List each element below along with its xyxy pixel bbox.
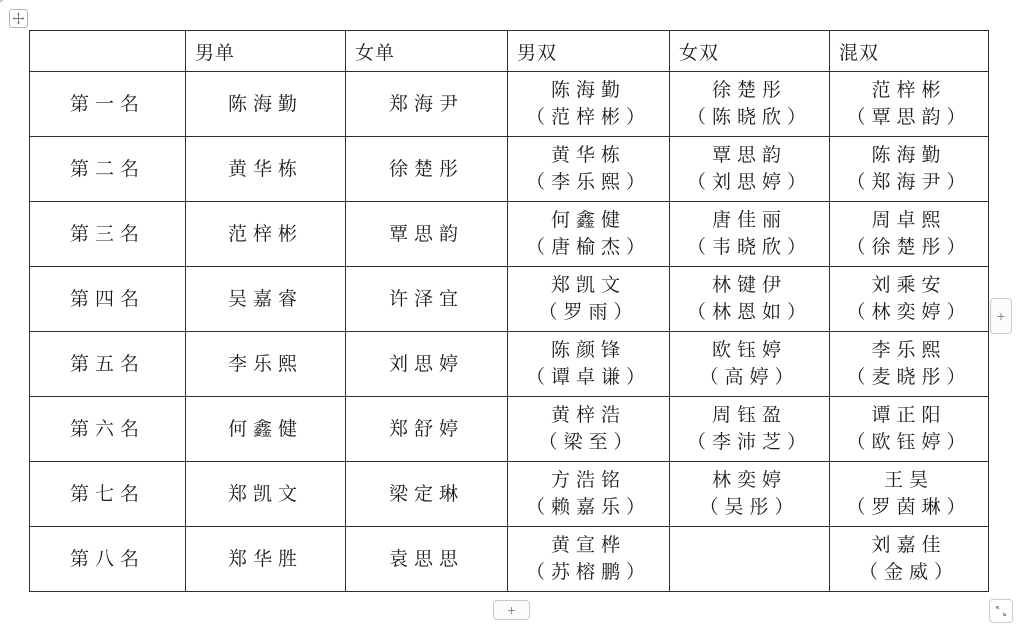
table-cell[interactable]: 陈海勤（范梓彬） (508, 72, 670, 137)
page-corner-mark (0, 0, 6, 4)
cell-line: 覃思韵 (670, 142, 829, 169)
table-header: 男单女单男双女双混双 (30, 31, 989, 72)
cell-line: 李乐熙 (830, 337, 988, 364)
table-cell[interactable]: 周钰盈（李沛芝） (670, 397, 830, 462)
cell-line: （麦晓彤） (830, 364, 988, 391)
table-cell[interactable]: 覃思韵（刘思婷） (670, 137, 830, 202)
table-cell[interactable]: 范梓彬 (186, 202, 346, 267)
cell-line: （徐楚彤） (830, 234, 988, 261)
cell-line: 刘嘉佳 (830, 532, 988, 559)
cell-line: 刘乘安 (830, 272, 988, 299)
cell-line: 林奕婷 (670, 467, 829, 494)
table-cell[interactable]: 郑舒婷 (346, 397, 508, 462)
cell-line: 郑华胜 (186, 546, 345, 573)
table-cell[interactable]: 第五名 (30, 332, 186, 397)
table-cell[interactable]: 谭正阳（欧钰婷） (830, 397, 989, 462)
cell-line: 陈颜锋 (508, 337, 669, 364)
cell-line: 唐佳丽 (670, 207, 829, 234)
table-move-handle[interactable] (9, 9, 28, 28)
cell-line: 李乐熙 (186, 351, 345, 378)
cell-line: 王昊 (830, 467, 988, 494)
cell-line: 袁思思 (346, 546, 507, 573)
table-cell[interactable]: 林键伊（林恩如） (670, 267, 830, 332)
table-body: 第一名陈海勤郑海尹陈海勤（范梓彬）徐楚彤（陈晓欣）范梓彬（覃思韵）第二名黄华栋徐… (30, 72, 989, 592)
table-cell[interactable]: 梁定琳 (346, 462, 508, 527)
cell-line: （李乐熙） (508, 169, 669, 196)
table-cell[interactable]: 吴嘉睿 (186, 267, 346, 332)
table-cell[interactable]: 第七名 (30, 462, 186, 527)
table-cell[interactable]: 郑海尹 (346, 72, 508, 137)
cell-line: 周钰盈 (670, 402, 829, 429)
table-cell[interactable]: 陈颜锋（谭卓谦） (508, 332, 670, 397)
cell-line: 林键伊 (670, 272, 829, 299)
table-resize-handle[interactable] (989, 599, 1013, 623)
cell-line: 谭正阳 (830, 402, 988, 429)
cell-line: 黄梓浩 (508, 402, 669, 429)
table-cell[interactable]: 王昊（罗茵琳） (830, 462, 989, 527)
add-column-button[interactable]: + (990, 298, 1012, 334)
table-cell[interactable]: 第八名 (30, 527, 186, 592)
table-cell[interactable]: 郑凯文（罗雨） (508, 267, 670, 332)
column-header[interactable]: 混双 (830, 31, 989, 72)
table-cell[interactable]: 第六名 (30, 397, 186, 462)
table-cell[interactable]: 刘嘉佳（金威） (830, 527, 989, 592)
table-row: 第八名郑华胜袁思思黄宣桦（苏榕鹏）刘嘉佳（金威） (30, 527, 989, 592)
column-header[interactable] (30, 31, 186, 72)
cell-line: 何鑫健 (508, 207, 669, 234)
cell-line: 郑舒婷 (346, 416, 507, 443)
table-cell[interactable] (670, 527, 830, 592)
cell-line: （苏榕鹏） (508, 559, 669, 586)
column-header[interactable]: 女双 (670, 31, 830, 72)
table-cell[interactable]: 方浩铭（赖嘉乐） (508, 462, 670, 527)
plus-icon: + (507, 603, 515, 617)
table-row: 第五名李乐熙刘思婷陈颜锋（谭卓谦）欧钰婷（高婷）李乐熙（麦晓彤） (30, 332, 989, 397)
column-header[interactable]: 男单 (186, 31, 346, 72)
table-cell[interactable]: 黄宣桦（苏榕鹏） (508, 527, 670, 592)
cell-line: 第八名 (30, 546, 185, 573)
cell-line: 郑凯文 (508, 272, 669, 299)
cell-line: （罗雨） (508, 299, 669, 326)
cell-line: （罗茵琳） (830, 494, 988, 521)
cell-line: 第四名 (30, 286, 185, 313)
cell-line: （金威） (830, 559, 988, 586)
cell-line: 徐楚彤 (670, 77, 829, 104)
cell-line: （陈晓欣） (670, 104, 829, 131)
cell-line: 徐楚彤 (346, 156, 507, 183)
results-table: 男单女单男双女双混双 第一名陈海勤郑海尹陈海勤（范梓彬）徐楚彤（陈晓欣）范梓彬（… (29, 30, 989, 592)
table-cell[interactable]: 郑华胜 (186, 527, 346, 592)
cell-line: 何鑫健 (186, 416, 345, 443)
table-cell[interactable]: 唐佳丽（韦晓欣） (670, 202, 830, 267)
cell-line: 郑海尹 (346, 91, 507, 118)
cell-line: 黄华栋 (508, 142, 669, 169)
table-cell[interactable]: 郑凯文 (186, 462, 346, 527)
cell-line: 梁定琳 (346, 481, 507, 508)
cell-line: 周卓熙 (830, 207, 988, 234)
cell-line: （覃思韵） (830, 104, 988, 131)
table-cell[interactable]: 黄华栋 (186, 137, 346, 202)
cell-line: （刘思婷） (670, 169, 829, 196)
table-row: 第六名何鑫健郑舒婷黄梓浩（梁至）周钰盈（李沛芝）谭正阳（欧钰婷） (30, 397, 989, 462)
cell-line: 黄宣桦 (508, 532, 669, 559)
cell-line: 方浩铭 (508, 467, 669, 494)
cell-line: 范梓彬 (830, 77, 988, 104)
resize-diagonal-icon (994, 604, 1008, 618)
table-cell[interactable]: 黄华栋（李乐熙） (508, 137, 670, 202)
table-row: 第二名黄华栋徐楚彤黄华栋（李乐熙）覃思韵（刘思婷）陈海勤（郑海尹） (30, 137, 989, 202)
cell-line: 许泽宜 (346, 286, 507, 313)
cell-line: 陈海勤 (830, 142, 988, 169)
cell-line: （郑海尹） (830, 169, 988, 196)
cell-line: （韦晓欣） (670, 234, 829, 261)
table-row: 第三名范梓彬覃思韵何鑫健（唐榆杰）唐佳丽（韦晓欣）周卓熙（徐楚彤） (30, 202, 989, 267)
document-canvas: 男单女单男双女双混双 第一名陈海勤郑海尹陈海勤（范梓彬）徐楚彤（陈晓欣）范梓彬（… (0, 0, 1024, 629)
cell-line: （吴彤） (670, 494, 829, 521)
cell-line: 陈海勤 (186, 91, 345, 118)
table-cell[interactable]: 徐楚彤（陈晓欣） (670, 72, 830, 137)
table-cell[interactable]: 徐楚彤 (346, 137, 508, 202)
add-row-button[interactable]: + (493, 600, 530, 620)
cell-line: （林奕婷） (830, 299, 988, 326)
table-cell[interactable]: 袁思思 (346, 527, 508, 592)
table-cell[interactable]: 陈海勤 (186, 72, 346, 137)
header-row: 男单女单男双女双混双 (30, 31, 989, 72)
cell-line: （高婷） (670, 364, 829, 391)
table-cell[interactable]: 第三名 (30, 202, 186, 267)
table-cell[interactable]: 欧钰婷（高婷） (670, 332, 830, 397)
table-row: 第七名郑凯文梁定琳方浩铭（赖嘉乐）林奕婷（吴彤）王昊（罗茵琳） (30, 462, 989, 527)
table-cell[interactable]: 黄梓浩（梁至） (508, 397, 670, 462)
cell-line: （林恩如） (670, 299, 829, 326)
cell-line: 第二名 (30, 156, 185, 183)
cell-line: 第一名 (30, 91, 185, 118)
cell-line: 第七名 (30, 481, 185, 508)
table-cell[interactable]: 第一名 (30, 72, 186, 137)
column-header[interactable]: 男双 (508, 31, 670, 72)
column-header[interactable]: 女单 (346, 31, 508, 72)
cell-line: （梁至） (508, 429, 669, 456)
table-cell[interactable]: 第四名 (30, 267, 186, 332)
table-cell[interactable]: 第二名 (30, 137, 186, 202)
cell-line: （李沛芝） (670, 429, 829, 456)
table-cell[interactable]: 李乐熙 (186, 332, 346, 397)
cell-line: 第六名 (30, 416, 185, 443)
table-row: 第一名陈海勤郑海尹陈海勤（范梓彬）徐楚彤（陈晓欣）范梓彬（覃思韵） (30, 72, 989, 137)
cell-line: 刘思婷 (346, 351, 507, 378)
cell-line: 覃思韵 (346, 221, 507, 248)
cell-line: 范梓彬 (186, 221, 345, 248)
table-cell[interactable]: 范梓彬（覃思韵） (830, 72, 989, 137)
table-cell[interactable]: 林奕婷（吴彤） (670, 462, 830, 527)
plus-icon: + (997, 309, 1005, 323)
cell-line: （欧钰婷） (830, 429, 988, 456)
table-cell[interactable]: 何鑫健（唐榆杰） (508, 202, 670, 267)
table-cell[interactable]: 刘乘安（林奕婷） (830, 267, 989, 332)
table-cell[interactable]: 何鑫健 (186, 397, 346, 462)
table-row: 第四名吴嘉睿许泽宜郑凯文（罗雨）林键伊（林恩如）刘乘安（林奕婷） (30, 267, 989, 332)
cell-line: 吴嘉睿 (186, 286, 345, 313)
table-cell[interactable]: 许泽宜 (346, 267, 508, 332)
cell-line: 第三名 (30, 221, 185, 248)
cell-line: 郑凯文 (186, 481, 345, 508)
table-cell[interactable]: 刘思婷 (346, 332, 508, 397)
cell-line: （范梓彬） (508, 104, 669, 131)
cell-line: 黄华栋 (186, 156, 345, 183)
table-cell[interactable]: 覃思韵 (346, 202, 508, 267)
table-cell[interactable]: 李乐熙（麦晓彤） (830, 332, 989, 397)
cell-line: 第五名 (30, 351, 185, 378)
cell-line: （谭卓谦） (508, 364, 669, 391)
cell-line: （唐榆杰） (508, 234, 669, 261)
cell-line: 陈海勤 (508, 77, 669, 104)
move-cross-icon (12, 12, 25, 25)
cell-line: 欧钰婷 (670, 337, 829, 364)
table-cell[interactable]: 周卓熙（徐楚彤） (830, 202, 989, 267)
table-cell[interactable]: 陈海勤（郑海尹） (830, 137, 989, 202)
cell-line: （赖嘉乐） (508, 494, 669, 521)
